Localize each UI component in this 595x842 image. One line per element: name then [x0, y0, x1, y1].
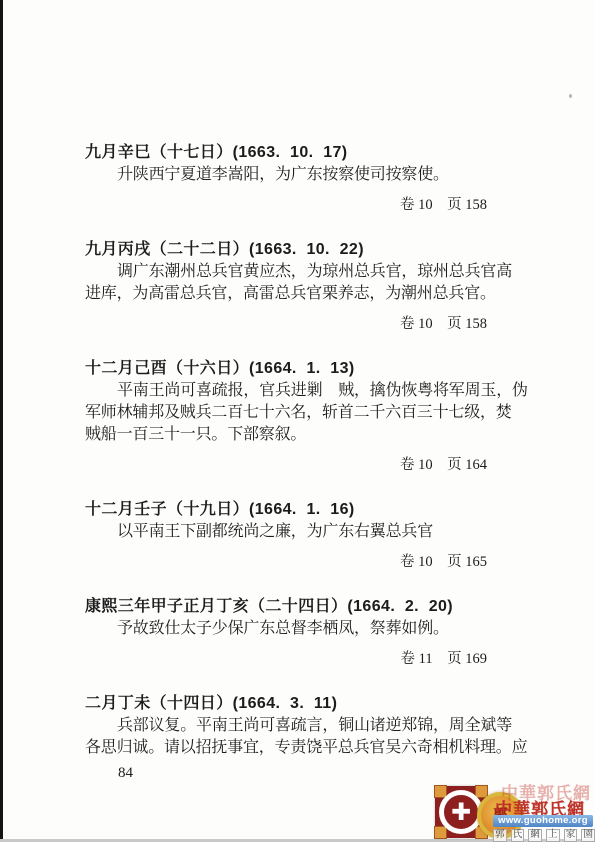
- volume-page-reference: 卷 11 页 169: [85, 649, 523, 669]
- body-text-line: 军师林辅邦及贼兵二百七十六名，斩首二千六百三十七级，焚: [85, 402, 523, 424]
- volume-page-reference: 卷 10 页 158: [85, 314, 523, 334]
- site-url: www.guohome.org: [498, 816, 588, 826]
- tagline-char: 園: [581, 829, 595, 842]
- scan-speck-artifact: [569, 94, 572, 98]
- entry-body: 兵部议复。平南王尚可喜疏言，铜山诸逆郑锦，周全斌等各思归诚。请以招抚事宜，专责饶…: [85, 715, 523, 759]
- entry-body: 升陕西宁夏道李嵩阳，为广东按察使司按察使。: [85, 164, 523, 186]
- url-banner: www.guohome.org: [493, 815, 593, 827]
- volume-page-reference: 卷 10 页 164: [85, 455, 523, 475]
- entry-body: 调广东潮州总兵官黄应杰，为琼州总兵官，琼州总兵官高进库，为高雷总兵官，高雷总兵官…: [85, 261, 523, 305]
- body-text-line: 各思归诚。请以招抚事宜，专责饶平总兵官吴六奇相机料理。应: [85, 737, 523, 759]
- scanned-book-page: 九月辛巳（十七日）(1663. 10. 17) 升陕西宁夏道李嵩阳，为广东按察使…: [0, 0, 595, 842]
- folio-page-number: 84: [85, 764, 523, 782]
- entry-date-header: 二月丁未（十四日）(1664. 3. 11): [85, 692, 523, 715]
- entry-date-header: 十二月己酉（十六日）(1664. 1. 13): [85, 357, 523, 380]
- scan-edge-artifact: [0, 0, 3, 842]
- body-text-line: 兵部议复。平南王尚可喜疏言，铜山诸逆郑锦，周全斌等: [85, 715, 523, 737]
- entry-body: 予故致仕太子少保广东总督李栖凤，祭葬如例。: [85, 618, 523, 640]
- tagline-char: 網: [528, 829, 542, 842]
- tagline-char: 家: [564, 829, 578, 842]
- text-column: 九月辛巳（十七日）(1663. 10. 17) 升陕西宁夏道李嵩阳，为广东按察使…: [85, 141, 523, 805]
- body-text-line: 平南王尚可喜疏报，官兵进剿 贼，擒伪恢粤将军周玉，伪: [85, 380, 523, 402]
- site-tagline: 郭氏網上家園: [493, 829, 595, 842]
- body-text-line: 贼船一百三十一只。下部察叙。: [85, 424, 523, 446]
- tagline-char: 郭: [493, 829, 507, 842]
- body-text-line: 以平南王下副都统尚之廉，为广东右翼总兵官: [85, 521, 523, 543]
- entry-date-header: 康熙三年甲子正月丁亥（二十四日）(1664. 2. 20): [85, 595, 523, 618]
- body-text-line: 升陕西宁夏道李嵩阳，为广东按察使司按察使。: [85, 164, 523, 186]
- body-text-line: 进库，为高雷总兵官，高雷总兵官栗养志，为潮州总兵官。: [85, 283, 523, 305]
- record-entry: 十二月壬子（十九日）(1664. 1. 16) 以平南王下副都统尚之廉，为广东右…: [85, 498, 523, 572]
- entry-date-header: 九月辛巳（十七日）(1663. 10. 17): [85, 141, 523, 164]
- entry-body: 平南王尚可喜疏报，官兵进剿 贼，擒伪恢粤将军周玉，伪军师林辅邦及贼兵二百七十六名…: [85, 380, 523, 446]
- body-text-line: 调广东潮州总兵官黄应杰，为琼州总兵官，琼州总兵官高: [85, 261, 523, 283]
- entry-date-header: 十二月壬子（十九日）(1664. 1. 16): [85, 498, 523, 521]
- site-watermark: ✚ 郭 中華郭氏網 中華郭氏網 www.guohome.org 郭氏網上家園: [423, 782, 595, 842]
- volume-page-reference: 卷 10 页 165: [85, 552, 523, 572]
- tagline-char: 氏: [511, 829, 525, 842]
- record-entry: 康熙三年甲子正月丁亥（二十四日）(1664. 2. 20) 予故致仕太子少保广东…: [85, 595, 523, 669]
- record-entry: 九月辛巳（十七日）(1663. 10. 17) 升陕西宁夏道李嵩阳，为广东按察使…: [85, 141, 523, 215]
- record-entry: 十二月己酉（十六日）(1664. 1. 13) 平南王尚可喜疏报，官兵进剿 贼，…: [85, 357, 523, 475]
- body-text-line: 予故致仕太子少保广东总督李栖凤，祭葬如例。: [85, 618, 523, 640]
- entry-body: 以平南王下副都统尚之廉，为广东右翼总兵官: [85, 521, 523, 543]
- volume-page-reference: 卷 10 页 158: [85, 195, 523, 215]
- record-entry: 九月丙戌（二十二日）(1663. 10. 22) 调广东潮州总兵官黄应杰，为琼州…: [85, 238, 523, 334]
- record-entry: 二月丁未（十四日）(1664. 3. 11) 兵部议复。平南王尚可喜疏言，铜山诸…: [85, 692, 523, 782]
- tagline-char: 上: [546, 829, 560, 842]
- entry-date-header: 九月丙戌（二十二日）(1663. 10. 22): [85, 238, 523, 261]
